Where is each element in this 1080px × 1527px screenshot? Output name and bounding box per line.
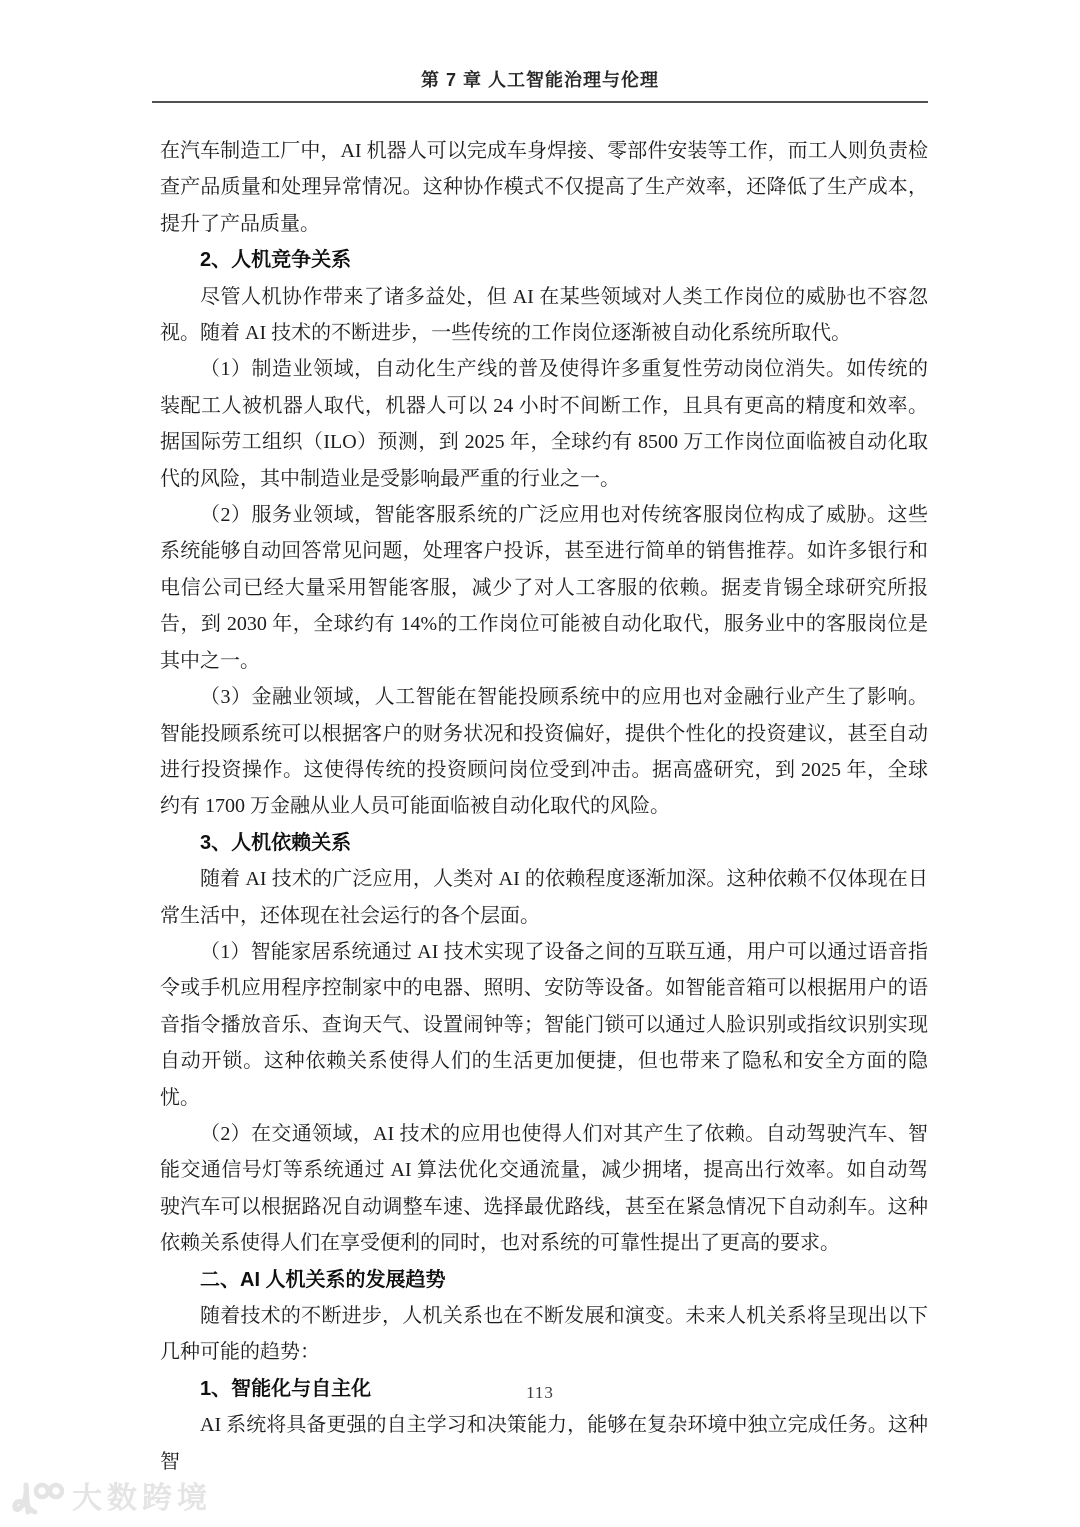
- section-heading: 二、AI 人机关系的发展趋势: [160, 1262, 928, 1298]
- subsection-heading: 2、人机竞争关系: [160, 242, 928, 278]
- brand-100-swirl-icon: [12, 1479, 64, 1519]
- page-header: 第 7 章 人工智能治理与伦理: [152, 66, 928, 103]
- page-number: 113: [0, 1383, 1080, 1403]
- paragraph: （2）服务业领域，智能客服系统的广泛应用也对传统客服岗位构成了威胁。这些系统能够…: [160, 497, 928, 679]
- paragraph: 在汽车制造工厂中，AI 机器人可以完成车身焊接、零部件安装等工作，而工人则负责检…: [160, 133, 928, 242]
- document-body: 在汽车制造工厂中，AI 机器人可以完成车身焊接、零部件安装等工作，而工人则负责检…: [160, 133, 928, 1480]
- document-page: 第 7 章 人工智能治理与伦理 在汽车制造工厂中，AI 机器人可以完成车身焊接、…: [0, 0, 1080, 1527]
- paragraph: （2）在交通领域，AI 技术的应用也使得人们对其产生了依赖。自动驾驶汽车、智能交…: [160, 1116, 928, 1262]
- paragraph: 尽管人机协作带来了诸多益处，但 AI 在某些领域对人类工作岗位的威胁也不容忽视。…: [160, 279, 928, 352]
- subsection-heading: 3、人机依赖关系: [160, 825, 928, 861]
- chapter-title: 第 7 章 人工智能治理与伦理: [421, 70, 659, 90]
- paragraph: AI 系统将具备更强的自主学习和决策能力，能够在复杂环境中独立完成任务。这种智: [160, 1407, 928, 1480]
- paragraph: 随着技术的不断进步，人机关系也在不断发展和演变。未来人机关系将呈现出以下几种可能…: [160, 1298, 928, 1371]
- watermark: 大数跨境: [12, 1479, 212, 1519]
- paragraph: （1）智能家居系统通过 AI 技术实现了设备之间的互联互通，用户可以通过语音指令…: [160, 934, 928, 1116]
- paragraph: 随着 AI 技术的广泛应用，人类对 AI 的依赖程度逐渐加深。这种依赖不仅体现在…: [160, 861, 928, 934]
- paragraph: （3）金融业领域，人工智能在智能投顾系统中的应用也对金融行业产生了影响。智能投顾…: [160, 679, 928, 825]
- paragraph: （1）制造业领域，自动化生产线的普及使得许多重复性劳动岗位消失。如传统的装配工人…: [160, 351, 928, 497]
- watermark-text: 大数跨境: [72, 1484, 212, 1514]
